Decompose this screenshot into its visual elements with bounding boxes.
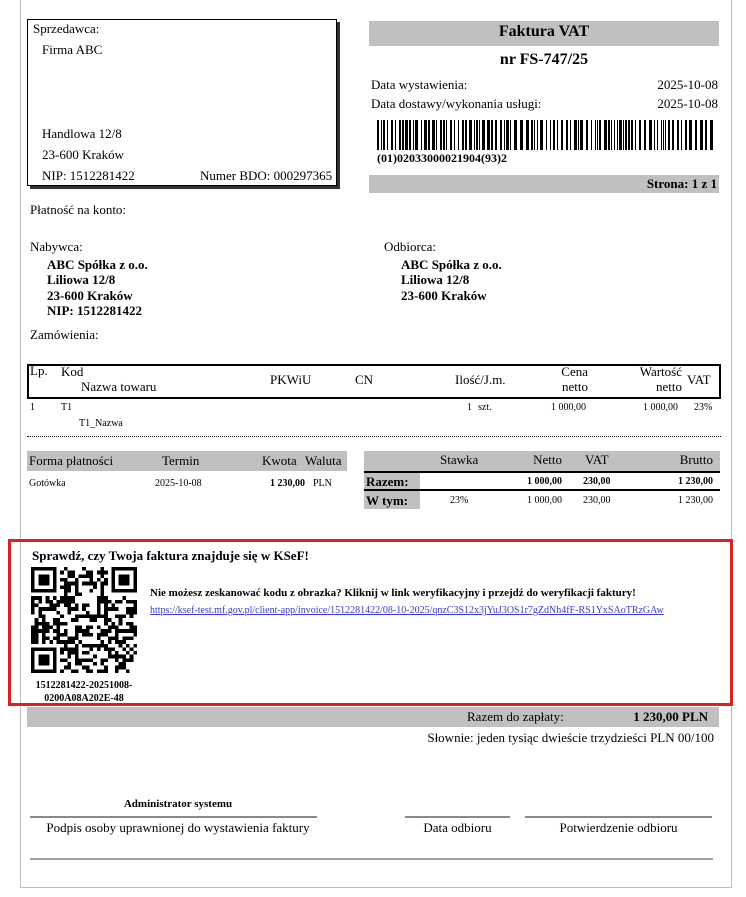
buyer-city: 23-600 Kraków bbox=[47, 288, 133, 304]
col-nazwa: Nazwa towaru bbox=[81, 379, 156, 395]
receipt-confirm-line bbox=[525, 816, 712, 818]
invoice-title: Faktura VAT bbox=[369, 23, 719, 41]
payment-form: Gotówka bbox=[29, 478, 66, 489]
payment-amount: 1 230,00 bbox=[270, 478, 305, 489]
total-due-label: Razem do zapłaty: bbox=[467, 709, 564, 725]
buyer-nip: NIP: 1512281422 bbox=[47, 303, 142, 319]
row-qty: 1 bbox=[467, 402, 472, 413]
qr-caption-2: 0200A08A202E-48 bbox=[24, 693, 144, 704]
vat-breakdown-vat: 230,00 bbox=[583, 495, 611, 506]
row-unit: szt. bbox=[478, 402, 492, 413]
col-value-2: netto bbox=[620, 379, 682, 395]
payment-term: 2025-10-08 bbox=[155, 478, 202, 489]
delivery-date-label: Data dostawy/wykonania usługi: bbox=[371, 96, 541, 112]
total-in-words: Słownie: jeden tysiąc dwieście trzydzieś… bbox=[427, 730, 714, 746]
vat-breakdown-net: 1 000,00 bbox=[500, 495, 562, 506]
orders-label: Zamówienia: bbox=[30, 327, 99, 343]
delivery-date: 2025-10-08 bbox=[657, 96, 718, 112]
col-payment-currency: Waluta bbox=[305, 453, 342, 469]
recipient-name: ABC Spółka z o.o. bbox=[401, 257, 502, 273]
col-price-2: netto bbox=[530, 379, 588, 395]
col-gross: Brutto bbox=[640, 452, 713, 468]
recipient-city: 23-600 Kraków bbox=[401, 288, 487, 304]
issuer-caption: Podpis osoby uprawnionej do wystawienia … bbox=[30, 820, 326, 836]
vat-breakdown-rate: 23% bbox=[450, 495, 468, 506]
qr-caption-1: 1512281422-20251008- bbox=[24, 680, 144, 691]
vat-total-net: 1 000,00 bbox=[500, 476, 562, 487]
row-lp: 1 bbox=[30, 402, 35, 413]
buyer-label: Nabywca: bbox=[30, 239, 83, 255]
buyer-name: ABC Spółka z o.o. bbox=[47, 257, 148, 273]
issuer-name: Administrator systemu bbox=[30, 798, 326, 810]
row-value: 1 000,00 bbox=[620, 402, 678, 413]
seller-name: Firma ABC bbox=[42, 42, 102, 58]
col-payment-amount: Kwota bbox=[262, 453, 297, 469]
issue-date-label: Data wystawienia: bbox=[371, 77, 467, 93]
col-vat-amount: VAT bbox=[585, 452, 609, 468]
footer-divider bbox=[30, 858, 713, 860]
col-pkwiu: PKWiU bbox=[270, 372, 311, 388]
items-divider bbox=[27, 436, 721, 437]
col-lp: Lp. bbox=[30, 363, 48, 379]
payment-currency: PLN bbox=[313, 478, 332, 489]
vat-total-vat: 230,00 bbox=[583, 476, 611, 487]
seller-street: Handlowa 12/8 bbox=[42, 126, 122, 142]
total-due-amount: 1 230,00 PLN bbox=[633, 709, 708, 725]
seller-nip: NIP: 1512281422 bbox=[42, 168, 135, 184]
row-kod: T1 bbox=[61, 402, 72, 413]
invoice-number: nr FS-747/25 bbox=[369, 51, 719, 69]
total-due-bar bbox=[27, 707, 719, 727]
row-nazwa: T1_Nazwa bbox=[79, 418, 123, 429]
ksef-instruction: Nie możesz zeskanować kodu z obrazka? Kl… bbox=[150, 587, 636, 599]
payment-account-label: Płatność na konto: bbox=[30, 202, 126, 218]
col-price-1: Cena bbox=[530, 364, 588, 380]
col-kod: Kod bbox=[61, 364, 83, 380]
row-price: 1 000,00 bbox=[530, 402, 586, 413]
ksef-verification-link[interactable]: https://ksef-test.mf.gov.pl/client-app/i… bbox=[150, 605, 664, 616]
receipt-date-line bbox=[405, 816, 510, 818]
barcode-text: (01)02033000021904(93)2 bbox=[377, 151, 507, 166]
buyer-street: Liliowa 12/8 bbox=[47, 272, 115, 288]
vat-breakdown-gross: 1 230,00 bbox=[640, 495, 713, 506]
issuer-signature-line bbox=[30, 816, 317, 818]
vat-breakdown-label: W tym: bbox=[366, 493, 408, 509]
receipt-confirm-caption: Potwierdzenie odbioru bbox=[525, 820, 712, 836]
col-vat: VAT bbox=[687, 372, 711, 388]
ksef-qr-code bbox=[31, 567, 137, 673]
row-vat: 23% bbox=[694, 402, 712, 413]
seller-label: Sprzedawca: bbox=[33, 21, 99, 37]
col-net: Netto bbox=[500, 452, 562, 468]
ksef-heading: Sprawdź, czy Twoja faktura znajduje się … bbox=[32, 548, 309, 564]
vat-total-gross: 1 230,00 bbox=[640, 476, 713, 487]
recipient-street: Liliowa 12/8 bbox=[401, 272, 469, 288]
seller-city: 23-600 Kraków bbox=[42, 147, 124, 163]
col-rate: Stawka bbox=[440, 452, 478, 468]
receipt-date-caption: Data odbioru bbox=[405, 820, 510, 836]
col-payment-form: Forma płatności bbox=[29, 453, 113, 469]
page-number: Strona: 1 z 1 bbox=[647, 176, 717, 192]
seller-bdo: Numer BDO: 000297365 bbox=[200, 168, 332, 184]
vat-total-label: Razem: bbox=[366, 474, 409, 490]
col-qty: Ilość/J.m. bbox=[455, 372, 506, 388]
issue-date: 2025-10-08 bbox=[657, 77, 718, 93]
recipient-label: Odbiorca: bbox=[384, 239, 436, 255]
col-payment-term: Termin bbox=[162, 453, 199, 469]
col-value-1: Wartość bbox=[620, 364, 682, 380]
col-cn: CN bbox=[355, 372, 373, 388]
barcode bbox=[377, 120, 716, 150]
